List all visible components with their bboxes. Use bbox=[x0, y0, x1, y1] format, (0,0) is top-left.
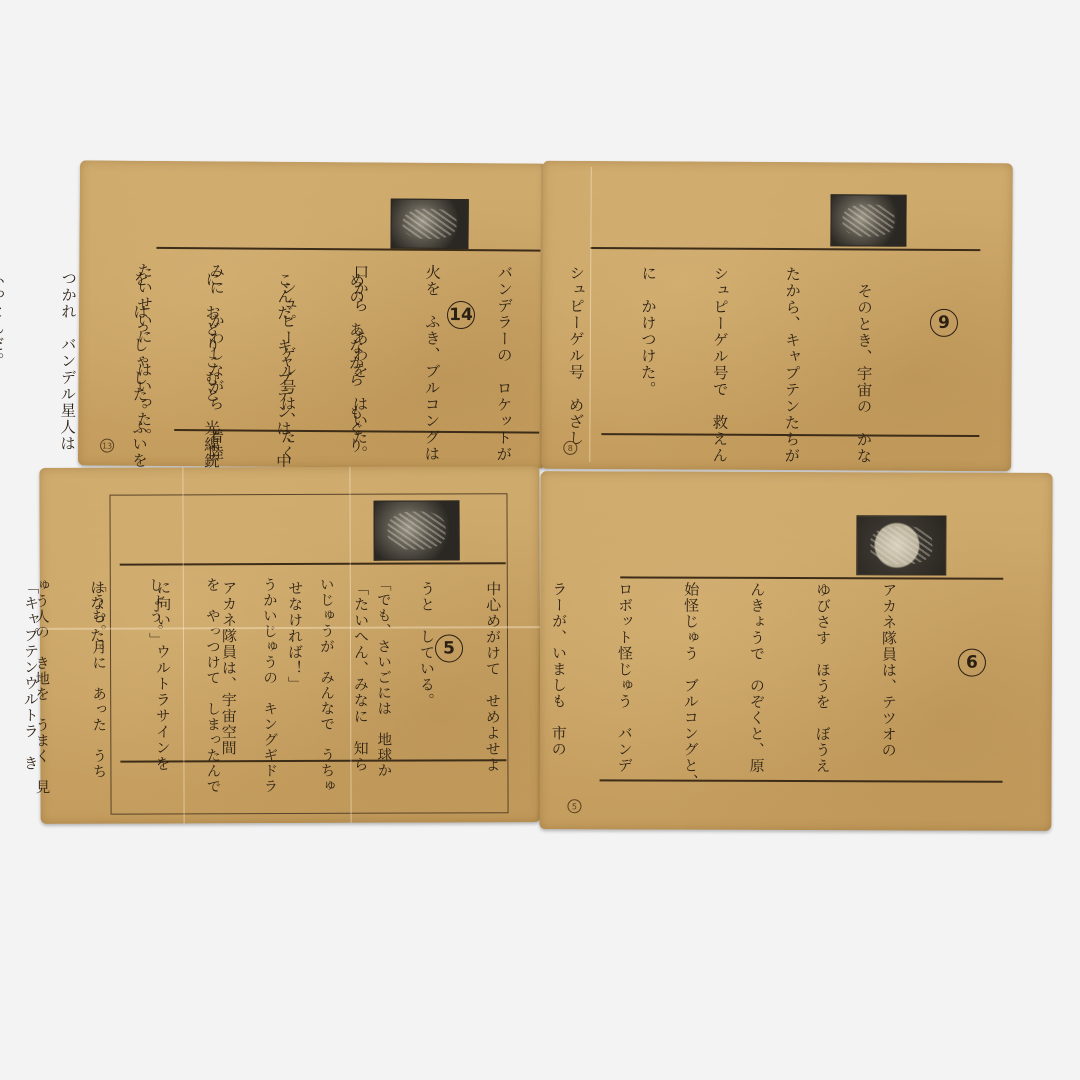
scene-number-badge: 6 bbox=[958, 649, 986, 677]
story-card-9: 9 そのとき、宇宙の かな たから、キャプテンたちが シュピーゲル号で 救えん … bbox=[541, 161, 1013, 471]
story-text: アカネ隊員は、テツオの ゆびさす ほうを ぼうえ んきょうで のぞくと、原 始怪… bbox=[0, 579, 944, 771]
bottom-rule bbox=[600, 779, 1003, 782]
page-number: 8 bbox=[563, 441, 577, 455]
scene-number-badge: 9 bbox=[930, 309, 958, 337]
story-text: そのとき、宇宙の かな たから、キャプテンたちが シュピーゲル号で 救えん に … bbox=[83, 262, 924, 426]
top-rule bbox=[156, 247, 540, 251]
top-rule bbox=[590, 247, 980, 251]
rocket-ship-illustration bbox=[830, 194, 906, 246]
moon-monsters-illustration bbox=[856, 515, 946, 575]
monster-battle-illustration bbox=[390, 199, 468, 250]
page-number: 5 bbox=[567, 799, 581, 813]
dragon-king-ghidorah-illustration bbox=[373, 500, 459, 560]
page-number: 13 bbox=[100, 439, 114, 453]
top-rule bbox=[620, 576, 1003, 579]
story-card-6: 6 アカネ隊員は、テツオの ゆびさす ほうを ぼうえ んきょうで のぞくと、原 … bbox=[539, 471, 1052, 831]
